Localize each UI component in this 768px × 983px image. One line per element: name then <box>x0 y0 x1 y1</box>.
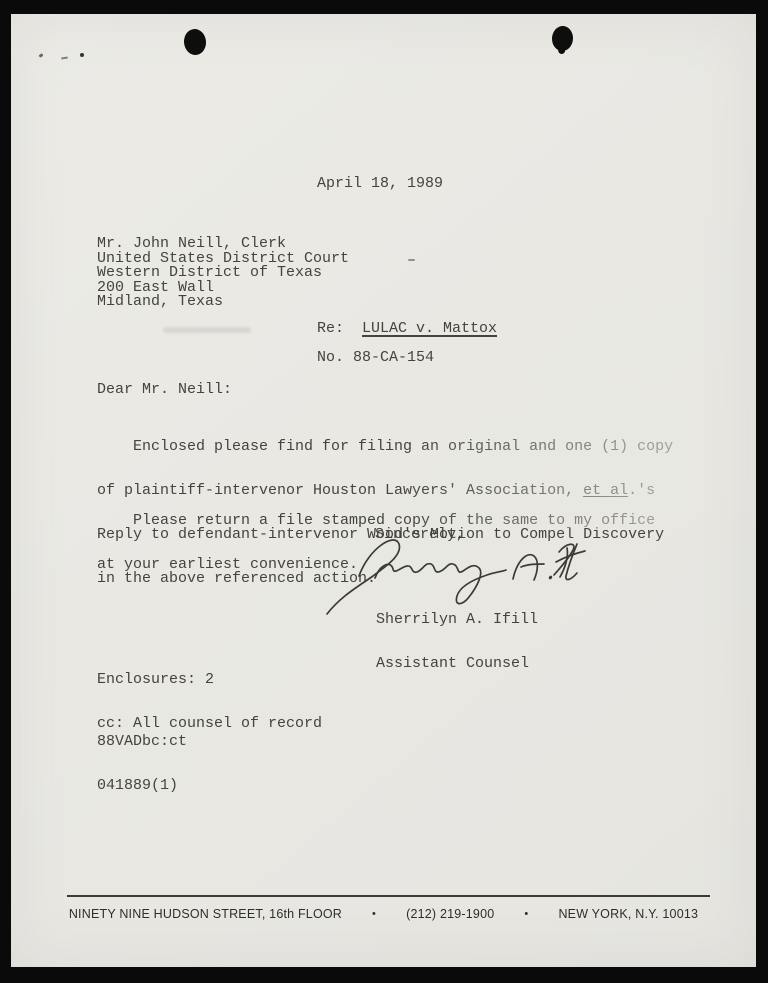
signer-name: Sherrilyn A. Ifill <box>376 613 538 628</box>
hole-punch-right <box>551 25 574 51</box>
file-reference-code: 88VADbc:ct <box>97 735 187 750</box>
re-case-name: LULAC v. Mattox <box>362 320 497 337</box>
salutation: Dear Mr. Neill: <box>97 383 232 398</box>
enclosures-line: Enclosures: 2 <box>97 673 322 688</box>
scan-background: April 18, 1989 Mr. John Neill, Clerk Uni… <box>0 0 768 983</box>
footer-address: NINETY NINE HUDSON STREET, 16th FLOOR <box>69 907 342 921</box>
reference-block: 88VADbc:ct 041889(1) <box>97 706 187 823</box>
pen-mark <box>61 57 68 60</box>
footer-phone: (212) 219-1900 <box>406 907 494 921</box>
letterhead-footer: NINETY NINE HUDSON STREET, 16th FLOOR • … <box>11 907 756 921</box>
signature-block: Sherrilyn A. Ifill Assistant Counsel <box>376 584 538 701</box>
signer-title: Assistant Counsel <box>376 657 538 672</box>
footer-bullet-icon: • <box>372 908 376 920</box>
recipient-address: Mr. John Neill, Clerk United States Dist… <box>97 237 349 310</box>
re-label: Re: <box>317 320 344 337</box>
body-line: Enclosed please find for filing an origi… <box>97 440 673 455</box>
footer-bullet-icon: • <box>524 908 528 920</box>
pen-mark <box>80 53 84 57</box>
footer-city: NEW YORK, N.Y. 10013 <box>558 907 698 921</box>
date-reference-code: 041889(1) <box>97 779 187 794</box>
re-block: Re:LULAC v. Mattox No. 88-CA-154 <box>317 322 497 395</box>
document-page: April 18, 1989 Mr. John Neill, Clerk Uni… <box>11 14 756 967</box>
stray-mark <box>408 259 415 261</box>
date-line: April 18, 1989 <box>317 177 443 192</box>
hole-punch-left <box>183 28 208 56</box>
smudge-mark <box>163 327 251 333</box>
pen-mark <box>39 53 44 58</box>
letterhead-rule <box>67 895 710 897</box>
re-case-number: No. 88-CA-154 <box>317 351 497 366</box>
